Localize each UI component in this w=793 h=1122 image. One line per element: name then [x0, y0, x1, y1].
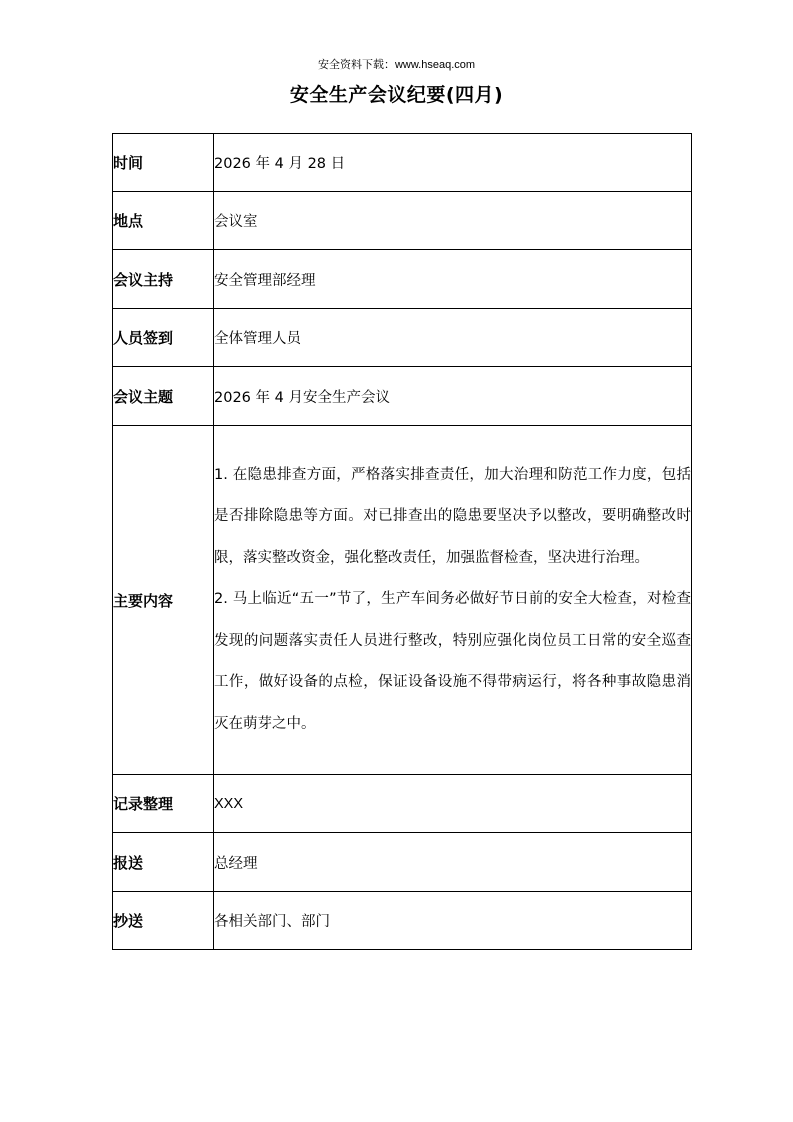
row-value-host: 安全管理部经理: [214, 250, 692, 309]
row-label: 报送: [113, 833, 214, 892]
row-label: 会议主持: [113, 250, 214, 309]
row-label: 主要内容: [113, 426, 214, 775]
table-row-time: 时间 2026 年 4 月 28 日: [113, 134, 692, 192]
table-row-main-content: 主要内容 1. 在隐患排查方面，严格落实排查责任，加大治理和防范工作力度，包括是…: [113, 426, 692, 775]
row-value-time: 2026 年 4 月 28 日: [214, 134, 692, 192]
row-value-main-content: 1. 在隐患排查方面，严格落实排查责任，加大治理和防范工作力度，包括是否排除隐患…: [214, 426, 692, 775]
meeting-minutes-table: 时间 2026 年 4 月 28 日 地点 会议室 会议主持 安全管理部经理 人…: [112, 133, 692, 950]
row-value-cc: 各相关部门、部门: [214, 892, 692, 950]
row-label: 人员签到: [113, 309, 214, 367]
table-row-recorder: 记录整理 XXX: [113, 775, 692, 833]
row-label: 会议主题: [113, 367, 214, 426]
table-row-attendees: 人员签到 全体管理人员: [113, 309, 692, 367]
row-value-topic: 2026 年 4 月安全生产会议: [214, 367, 692, 426]
row-value-location: 会议室: [214, 192, 692, 250]
content-paragraph-1: 1. 在隐患排查方面，严格落实排查责任，加大治理和防范工作力度，包括是否排除隐患…: [214, 455, 691, 580]
row-label: 抄送: [113, 892, 214, 950]
row-value-recorder: XXX: [214, 775, 692, 833]
table-row-host: 会议主持 安全管理部经理: [113, 250, 692, 309]
table-row-location: 地点 会议室: [113, 192, 692, 250]
table-row-cc: 抄送 各相关部门、部门: [113, 892, 692, 950]
content-paragraph-2: 2. 马上临近“五一”节了，生产车间务必做好节日前的安全大检查，对检查发现的问题…: [214, 579, 691, 745]
header-prefix: 安全资料下载：: [318, 58, 395, 71]
header-url[interactable]: www.hseaq.com: [395, 59, 475, 71]
row-label: 记录整理: [113, 775, 214, 833]
row-value-attendees: 全体管理人员: [214, 309, 692, 367]
site-header: 安全资料下载：www.hseaq.com: [0, 58, 793, 72]
row-value-report-to: 总经理: [214, 833, 692, 892]
table-row-topic: 会议主题 2026 年 4 月安全生产会议: [113, 367, 692, 426]
table-row-report-to: 报送 总经理: [113, 833, 692, 892]
document-title: 安全生产会议纪要(四月): [0, 82, 793, 108]
row-label: 时间: [113, 134, 214, 192]
row-label: 地点: [113, 192, 214, 250]
